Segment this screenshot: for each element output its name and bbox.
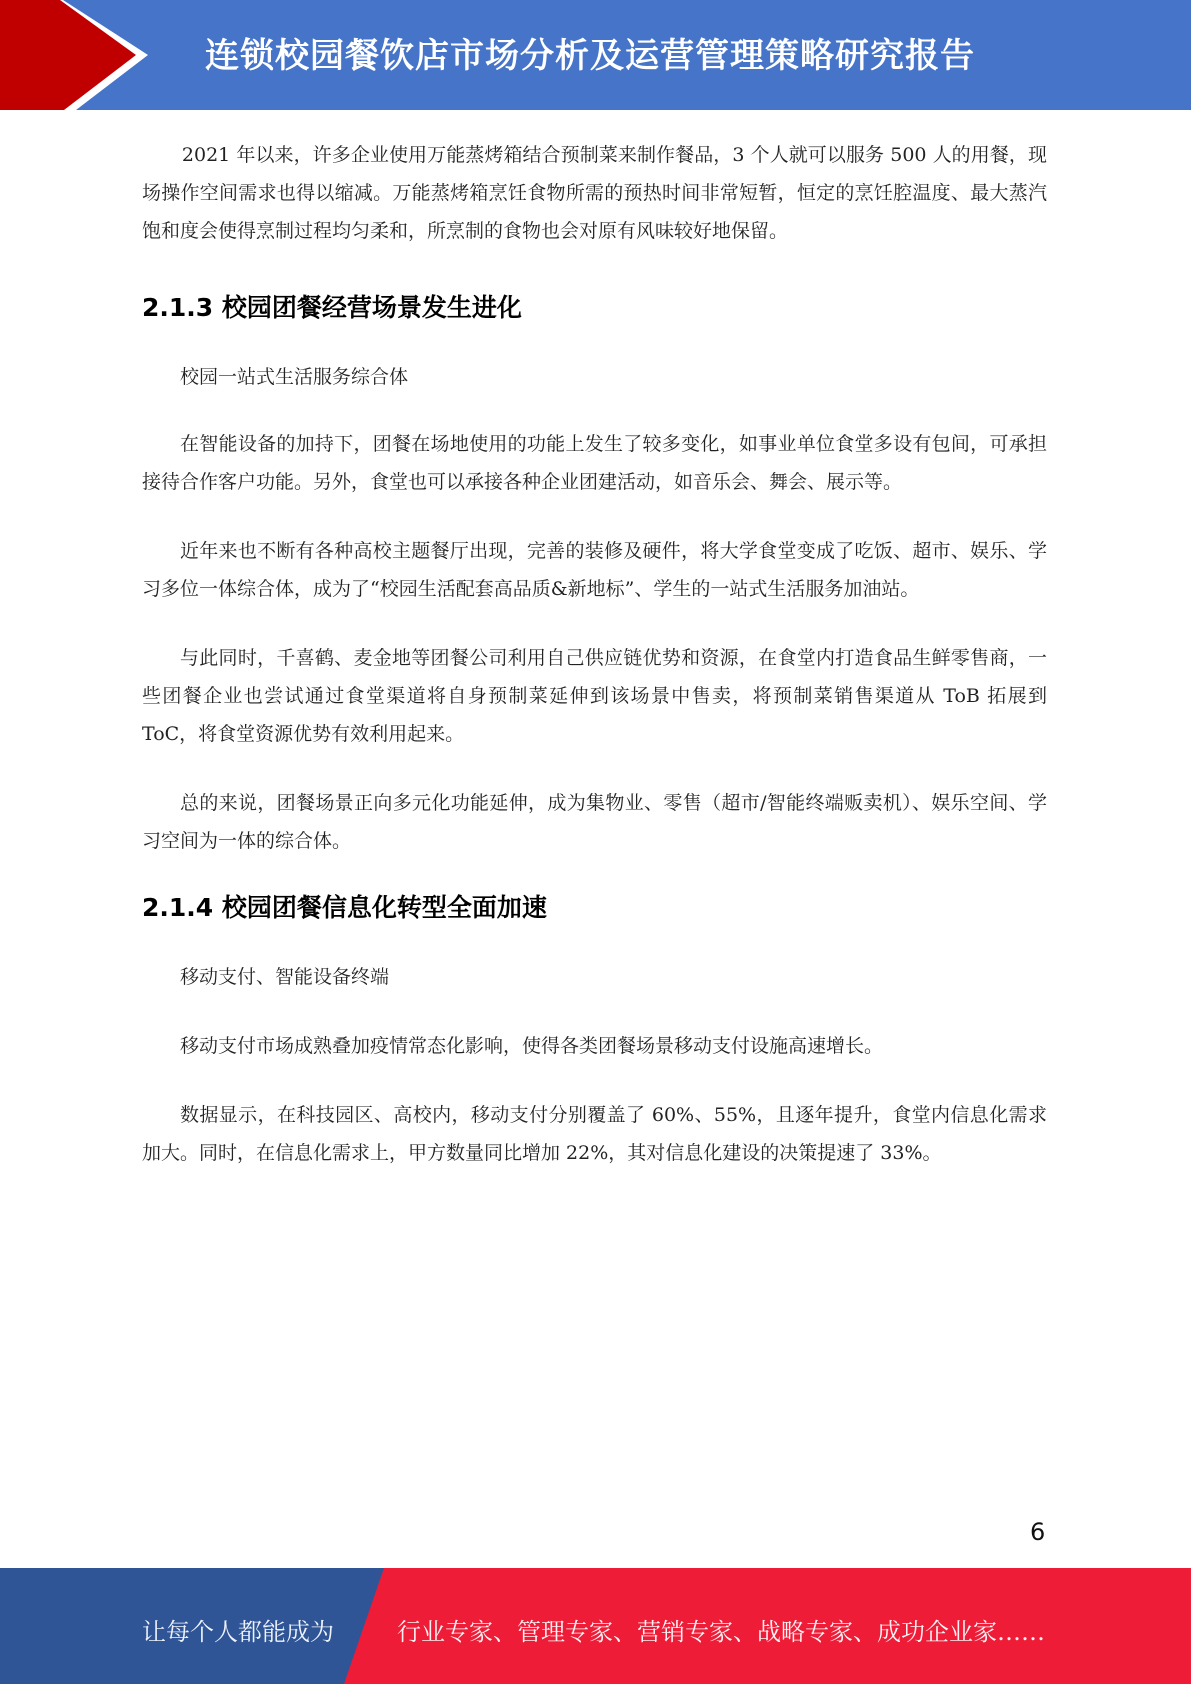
page-footer: 让每个人都能成为 行业专家、管理专家、营销专家、战略专家、成功企业家…… [0,1568,1191,1684]
footer-slogan-left: 让每个人都能成为 [142,1612,334,1647]
footer-slogan-right: 行业专家、管理专家、营销专家、战略专家、成功企业家…… [397,1612,1045,1647]
paragraph: 与此同时，千喜鹤、麦金地等团餐公司利用自己供应链优势和资源，在食堂内打造食品生鲜… [142,639,1047,753]
section-subheading: 移动支付、智能设备终端 [142,958,1047,996]
paragraph: 数据显示，在科技园区、高校内，移动支付分别覆盖了 60%、55%，且逐年提升，食… [142,1096,1047,1172]
page-number: 6 [1030,1518,1045,1546]
paragraph: 在智能设备的加持下，团餐在场地使用的功能上发生了较多变化，如事业单位食堂多设有包… [142,425,1047,501]
page-header: 连锁校园餐饮店市场分析及运营管理策略研究报告 [0,0,1191,110]
paragraph: 总的来说，团餐场景正向多元化功能延伸，成为集物业、零售（超市/智能终端贩卖机）、… [142,784,1047,860]
section-heading-2-1-4: 2.1.4 校园团餐信息化转型全面加速 [142,888,1047,928]
section-heading-2-1-3: 2.1.3 校园团餐经营场景发生进化 [142,288,1047,328]
intro-paragraph: 2021 年以来，许多企业使用万能蒸烤箱结合预制菜来制作餐品，3 个人就可以服务… [142,136,1047,250]
red-arrow-decoration [0,0,200,110]
report-title: 连锁校园餐饮店市场分析及运营管理策略研究报告 [205,28,975,77]
paragraph: 近年来也不断有各种高校主题餐厅出现，完善的装修及硬件，将大学食堂变成了吃饭、超市… [142,532,1047,608]
document-body: 2021 年以来，许多企业使用万能蒸烤箱结合预制菜来制作餐品，3 个人就可以服务… [142,136,1047,1172]
paragraph: 移动支付市场成熟叠加疫情常态化影响，使得各类团餐场景移动支付设施高速增长。 [142,1027,1047,1065]
section-subheading: 校园一站式生活服务综合体 [142,358,1047,396]
